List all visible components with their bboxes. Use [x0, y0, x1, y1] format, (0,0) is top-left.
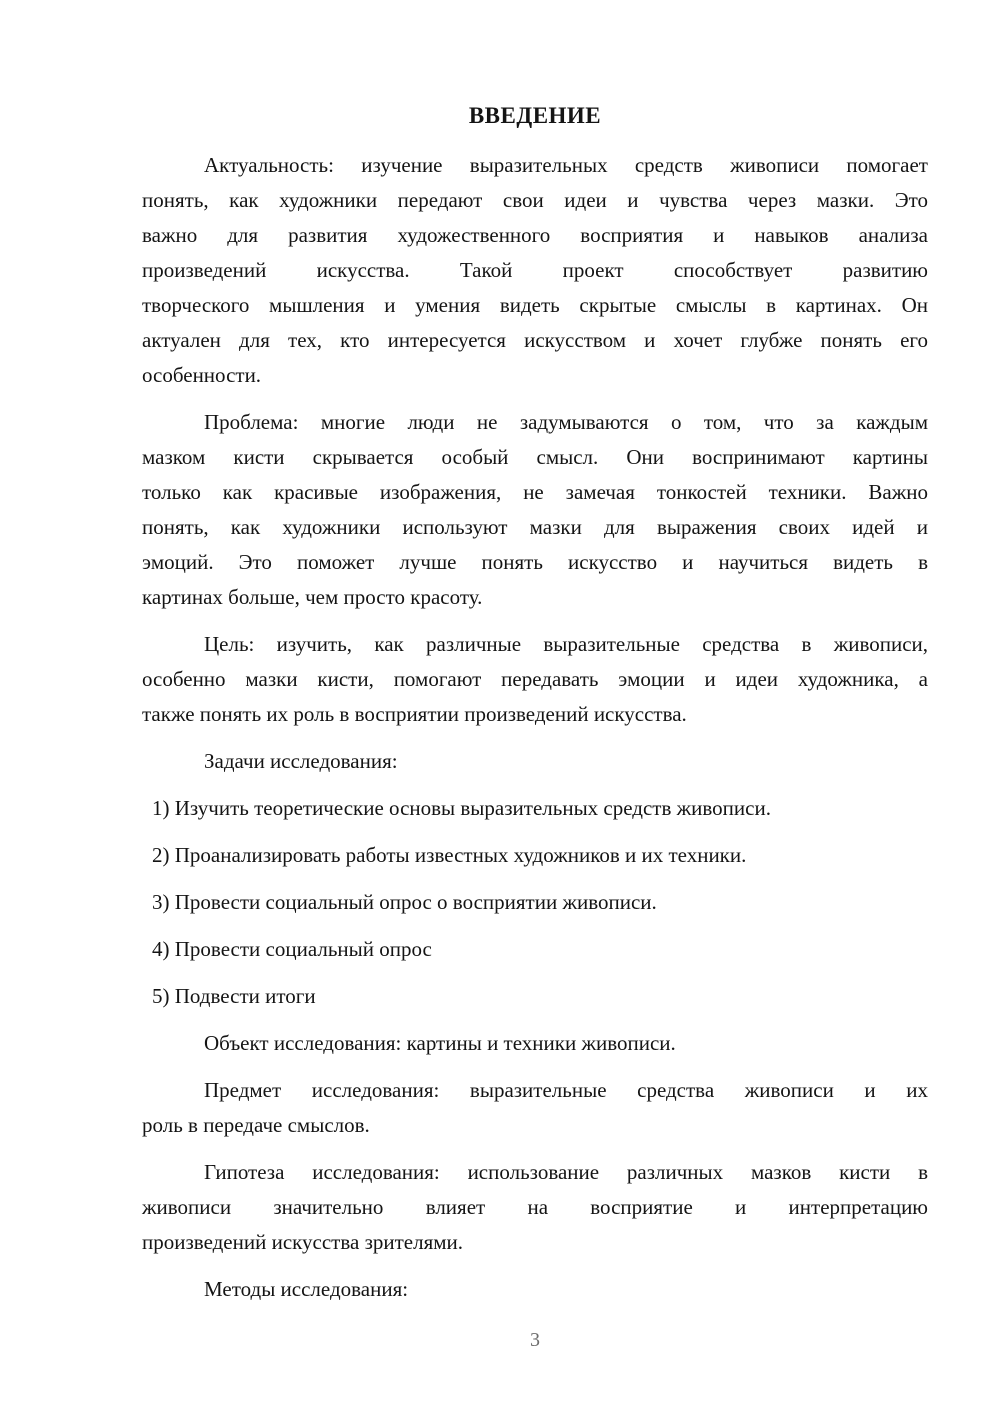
paragraph: Задачи исследования:: [142, 744, 928, 779]
list-item: 2) Проанализировать работы известных худ…: [142, 838, 928, 873]
text-line: актуален для тех, кто интересуется искус…: [142, 323, 928, 358]
paragraph: Предмет исследования: выразительные сред…: [142, 1073, 928, 1143]
text-line: только как красивые изображения, не заме…: [142, 475, 928, 510]
paragraph: Гипотеза исследования: использование раз…: [142, 1155, 928, 1260]
text-line: Объект исследования: картины и техники ж…: [142, 1026, 928, 1061]
text-line: Методы исследования:: [142, 1272, 928, 1307]
text-line: важно для развития художественного воспр…: [142, 218, 928, 253]
text-line: понять, как художники передают свои идеи…: [142, 183, 928, 218]
page-number: 3: [142, 1326, 928, 1354]
paragraph: Методы исследования:: [142, 1272, 928, 1307]
paragraph: Цель: изучить, как различные выразительн…: [142, 627, 928, 732]
text-line: картинах больше, чем просто красоту.: [142, 580, 928, 615]
section-heading: ВВЕДЕНИЕ: [142, 98, 928, 133]
text-line: мазком кисти скрывается особый смысл. Он…: [142, 440, 928, 475]
text-line: роль в передаче смыслов.: [142, 1108, 928, 1143]
text-line: эмоций. Это поможет лучше понять искусст…: [142, 545, 928, 580]
text-line: 2) Проанализировать работы известных худ…: [152, 838, 928, 873]
text-line: особенно мазки кисти, помогают передават…: [142, 662, 928, 697]
page-content: ВВЕДЕНИЕ Актуальность: изучение выразите…: [142, 98, 928, 1319]
text-line: 5) Подвести итоги: [152, 979, 928, 1014]
text-line: понять, как художники используют мазки д…: [142, 510, 928, 545]
text-line: произведений искусства. Такой проект спо…: [142, 253, 928, 288]
paragraph: Актуальность: изучение выразительных сре…: [142, 148, 928, 393]
text-line: 1) Изучить теоретические основы выразите…: [152, 791, 928, 826]
document-page: ВВЕДЕНИЕ Актуальность: изучение выразите…: [0, 0, 1000, 1414]
text-line: Проблема: многие люди не задумываются о …: [142, 405, 928, 440]
list-item: 1) Изучить теоретические основы выразите…: [142, 791, 928, 826]
paragraph: Объект исследования: картины и техники ж…: [142, 1026, 928, 1061]
text-line: особенности.: [142, 358, 928, 393]
text-line: творческого мышления и умения видеть скр…: [142, 288, 928, 323]
list-item: 3) Провести социальный опрос о восприяти…: [142, 885, 928, 920]
list-item: 4) Провести социальный опрос: [142, 932, 928, 967]
text-line: Предмет исследования: выразительные сред…: [142, 1073, 928, 1108]
text-line: живописи значительно влияет на восприяти…: [142, 1190, 928, 1225]
paragraph: Проблема: многие люди не задумываются о …: [142, 405, 928, 615]
body-text: Актуальность: изучение выразительных сре…: [142, 148, 928, 1307]
text-line: Задачи исследования:: [142, 744, 928, 779]
text-line: Актуальность: изучение выразительных сре…: [142, 148, 928, 183]
text-line: Цель: изучить, как различные выразительн…: [142, 627, 928, 662]
text-line: Гипотеза исследования: использование раз…: [142, 1155, 928, 1190]
text-line: 4) Провести социальный опрос: [152, 932, 928, 967]
text-line: произведений искусства зрителями.: [142, 1225, 928, 1260]
text-line: 3) Провести социальный опрос о восприяти…: [152, 885, 928, 920]
text-line: также понять их роль в восприятии произв…: [142, 697, 928, 732]
list-item: 5) Подвести итоги: [142, 979, 928, 1014]
